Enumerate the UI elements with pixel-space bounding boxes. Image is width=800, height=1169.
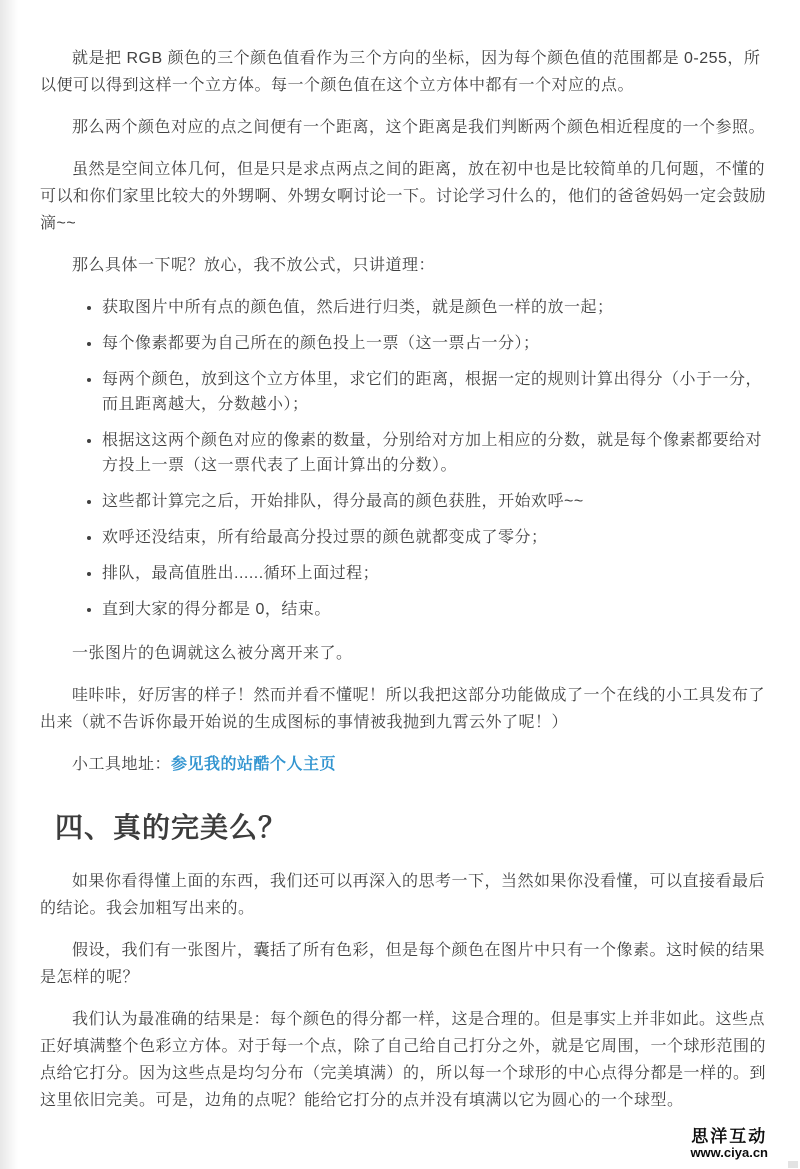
list-item: 获取图片中所有点的颜色值，然后进行归类，就是颜色一样的放一起； <box>102 295 770 320</box>
article-body: 就是把 RGB 颜色的三个颜色值看作为三个方向的坐标，因为每个颜色值的范围都是 … <box>0 0 800 1114</box>
paragraph: 那么具体一下呢？放心，我不放公式，只讲道理： <box>40 252 770 279</box>
tool-address-label: 小工具地址： <box>72 756 171 773</box>
scrollbar-fragment[interactable] <box>788 1161 798 1168</box>
site-watermark: 思洋互动 www.ciya.cn <box>690 1127 768 1161</box>
paragraph: 就是把 RGB 颜色的三个颜色值看作为三个方向的坐标，因为每个颜色值的范围都是 … <box>40 45 770 99</box>
list-item: 排队，最高值胜出......循环上面过程； <box>102 561 770 586</box>
list-item: 每两个颜色，放到这个立方体里，求它们的距离，根据一定的规则计算出得分（小于一分，… <box>102 367 770 417</box>
watermark-brand-text: 思洋互动 <box>690 1127 768 1147</box>
paragraph: 哇咔咔，好厉害的样子！然而并看不懂呢！所以我把这部分功能做成了一个在线的小工具发… <box>40 682 770 736</box>
list-item: 直到大家的得分都是 0，结束。 <box>102 597 770 622</box>
zcool-profile-link[interactable]: 参见我的站酷个人主页 <box>171 756 336 773</box>
paragraph: 那么两个颜色对应的点之间便有一个距离，这个距离是我们判断两个颜色相近程度的一个参… <box>40 114 770 141</box>
article-page: { "colors": { "link_blue": "#3194d0", "b… <box>0 0 800 1169</box>
list-item: 这些都计算完之后，开始排队，得分最高的颜色获胜，开始欢呼~~ <box>102 489 770 514</box>
paragraph: 我们认为最准确的结果是：每个颜色的得分都一样，这是合理的。但是事实上并非如此。这… <box>40 1006 770 1114</box>
paragraph: 虽然是空间立体几何，但是只是求点两点之间的距离，放在初中也是比较简单的几何题，不… <box>40 156 770 237</box>
list-item: 每个像素都要为自己所在的颜色投上一票（这一票占一分）； <box>102 331 770 356</box>
algorithm-steps-list: 获取图片中所有点的颜色值，然后进行归类，就是颜色一样的放一起； 每个像素都要为自… <box>40 295 770 622</box>
paragraph: 假设，我们有一张图片，囊括了所有色彩，但是每个颜色在图片中只有一个像素。这时候的… <box>40 937 770 991</box>
tool-address-line: 小工具地址：参见我的站酷个人主页 <box>40 751 770 778</box>
list-item: 欢呼还没结束，所有给最高分投过票的颜色就都变成了零分； <box>102 525 770 550</box>
section-heading: 四、真的完美么？ <box>40 806 770 846</box>
paragraph: 一张图片的色调就这么被分离开来了。 <box>40 640 770 667</box>
watermark-url-text: www.ciya.cn <box>690 1146 768 1161</box>
paragraph: 如果你看得懂上面的东西，我们还可以再深入的思考一下，当然如果你没看懂，可以直接看… <box>40 868 770 922</box>
list-item: 根据这这两个颜色对应的像素的数量，分别给对方加上相应的分数，就是每个像素都要给对… <box>102 428 770 478</box>
